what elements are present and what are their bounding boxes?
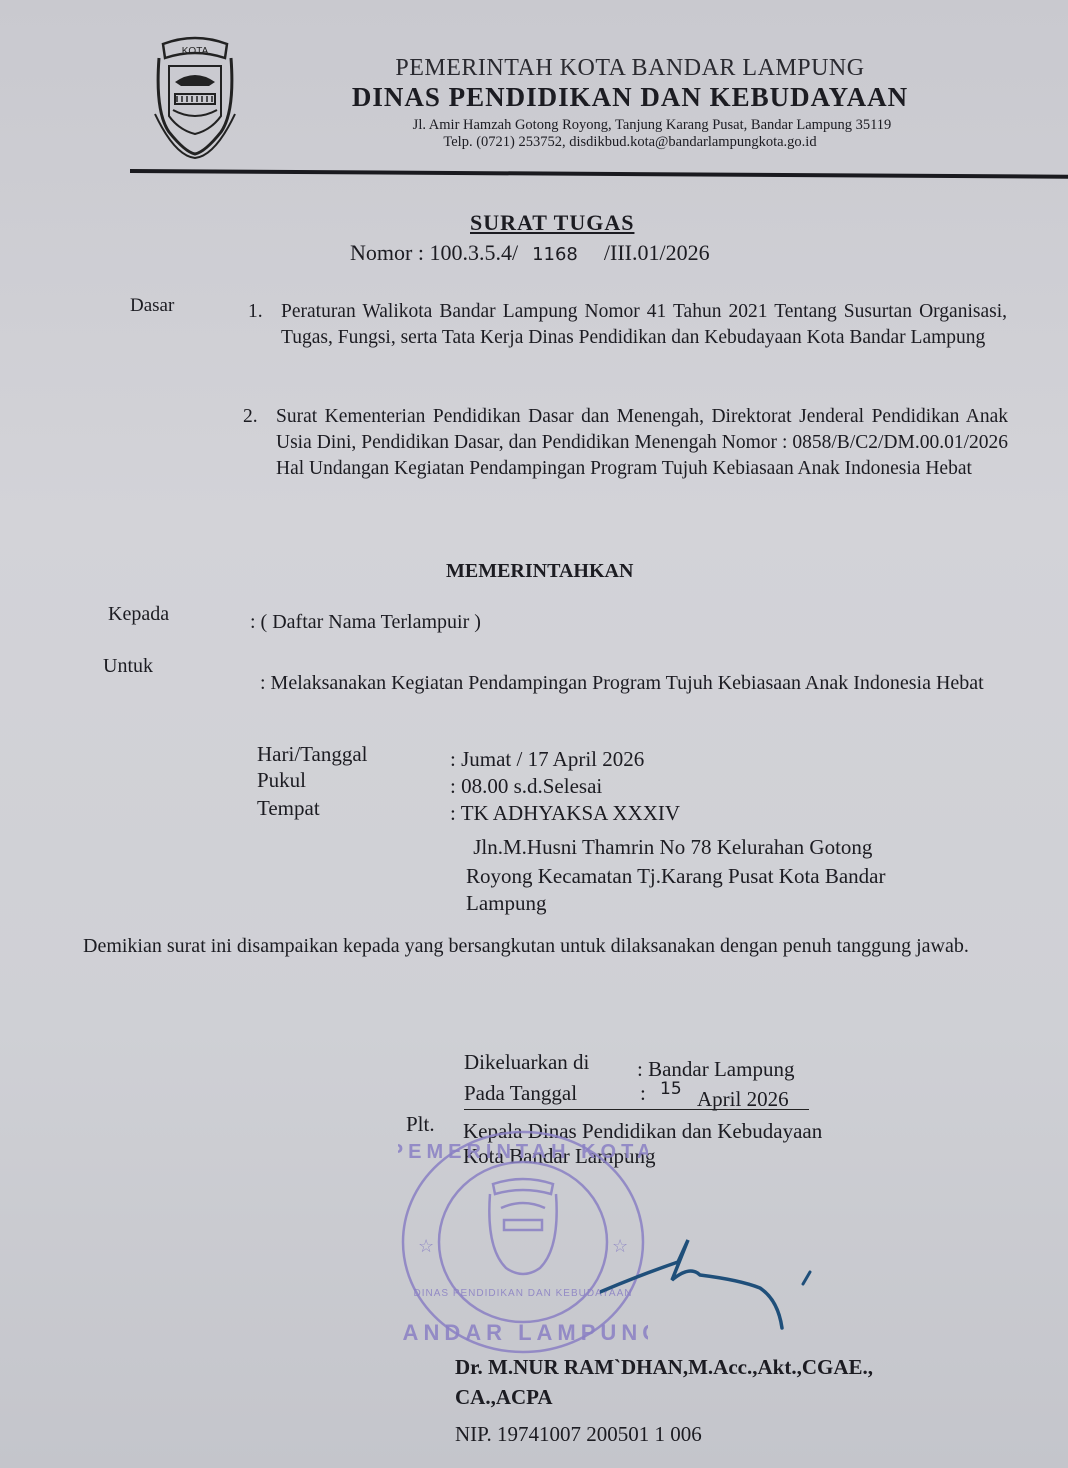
svg-text:☆: ☆ bbox=[418, 1236, 434, 1256]
dasar-item-number: 2. bbox=[243, 404, 258, 430]
dasar-item-number: 1. bbox=[248, 299, 263, 325]
closing-paragraph: Demikian surat ini disampaikan kepada ya… bbox=[83, 933, 1033, 960]
pukul-value: : 08.00 s.d.Selesai bbox=[450, 773, 602, 800]
svg-text:PEMERINTAH KOTA: PEMERINTAH KOTA bbox=[398, 1141, 648, 1163]
kepada-value: : ( Daftar Nama Terlampuir ) bbox=[250, 610, 481, 634]
agency-name: DINAS PENDIDIKAN DAN KEBUDAYAAN bbox=[250, 82, 1010, 113]
issue-date: Pada Tanggal : 15 April 2026 bbox=[464, 1081, 809, 1110]
date-day-handwritten: 15 bbox=[660, 1079, 682, 1099]
document-number: Nomor : 100.3.5.4/1168/III.01/2026 bbox=[350, 240, 710, 266]
hari-label: Hari/Tanggal bbox=[257, 742, 368, 767]
dasar-item-text: Surat Kementerian Pendidikan Dasar dan M… bbox=[276, 406, 1008, 479]
signatory-name: Dr. M.NUR RAM`DHAN,M.Acc.,Akt.,CGAE., CA… bbox=[455, 1352, 1015, 1412]
dasar-label: Dasar bbox=[130, 295, 174, 317]
number-suffix: /III.01/2026 bbox=[604, 240, 710, 265]
date-label: Pada Tanggal bbox=[464, 1081, 577, 1105]
letterhead-divider bbox=[130, 169, 1068, 179]
hari-value: : Jumat / 17 April 2026 bbox=[450, 746, 644, 773]
handwritten-signature bbox=[600, 1220, 840, 1340]
agency-contact: Telp. (0721) 253752, disdikbud.kota@band… bbox=[250, 134, 1010, 151]
order-heading: MEMERINTAHKAN bbox=[446, 560, 633, 583]
signatory-nip: NIP. 19741007 200501 1 006 bbox=[455, 1422, 702, 1447]
number-handwritten: 1168 bbox=[518, 244, 604, 265]
date-rest: April 2026 bbox=[697, 1087, 789, 1112]
issued-at-label: Dikeluarkan di bbox=[464, 1050, 589, 1075]
dasar-item: 1. Peraturan Walikota Bandar Lampung Nom… bbox=[281, 299, 1007, 351]
pukul-label: Pukul bbox=[257, 768, 306, 793]
untuk-label: Untuk bbox=[103, 655, 153, 678]
document-title: SURAT TUGAS bbox=[470, 210, 634, 236]
government-name: PEMERINTAH KOTA BANDAR LAMPUNG bbox=[250, 55, 1010, 82]
tempat-address: Jln.M.Husni Thamrin No 78 Kelurahan Goto… bbox=[466, 834, 966, 917]
number-prefix: Nomor : 100.3.5.4/ bbox=[350, 240, 518, 265]
letter-page: KOTA PEMERINTAH KOTA BANDAR LAMPUNG DINA… bbox=[0, 0, 1068, 1468]
dasar-item-text: Peraturan Walikota Bandar Lampung Nomor … bbox=[281, 301, 1007, 348]
tempat-label: Tempat bbox=[257, 796, 320, 821]
agency-address: Jl. Amir Hamzah Gotong Royong, Tanjung K… bbox=[250, 117, 1010, 134]
kepada-label: Kepada bbox=[108, 603, 169, 626]
svg-text:KOTA: KOTA bbox=[182, 46, 209, 57]
city-emblem-icon: KOTA bbox=[145, 32, 245, 160]
dasar-item: 2. Surat Kementerian Pendidikan Dasar da… bbox=[276, 404, 1008, 482]
letterhead: PEMERINTAH KOTA BANDAR LAMPUNG DINAS PEN… bbox=[250, 55, 1010, 151]
untuk-value: : Melaksanakan Kegiatan Pendampingan Pro… bbox=[260, 671, 1012, 695]
tempat-value: : TK ADHYAKSA XXXIV bbox=[450, 800, 680, 827]
